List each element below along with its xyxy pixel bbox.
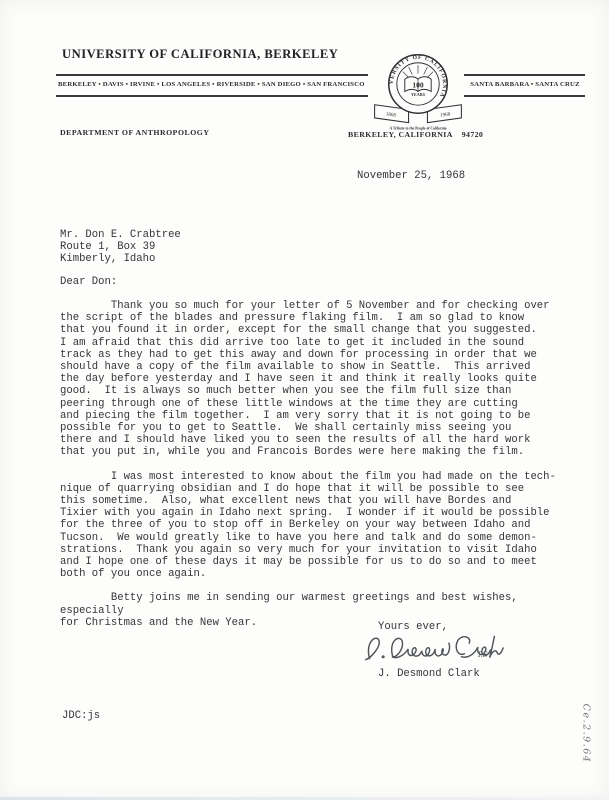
letter-page: UNIVERSITY OF CALIFORNIA, BERKELEY BERKE… [0, 0, 609, 800]
signature-annotation: T.S [477, 651, 488, 659]
department-name: DEPARTMENT OF ANTHROPOLOGY [60, 128, 209, 137]
body-paragraph-1: Thank you so much for your letter of 5 N… [60, 300, 565, 459]
signature-image [356, 628, 506, 668]
salutation: Dear Don: [60, 276, 117, 288]
signed-name: J. Desmond Clark [378, 668, 480, 680]
rule-left-bottom [56, 95, 368, 97]
letterhead-title: UNIVERSITY OF CALIFORNIA, BERKELEY [62, 47, 338, 62]
campus-address: BERKELEY, CALIFORNIA 94720 [348, 130, 483, 139]
rule-left-top [56, 74, 368, 76]
archival-note: Ce.2.9.64 [581, 679, 592, 789]
campus-list-right: SANTA BARBARA • SANTA CRUZ [466, 81, 584, 88]
campus-list-left: BERKELEY • DAVIS • IRVINE • LOS ANGELES … [58, 81, 365, 88]
seal-year-left: 1868 [385, 111, 396, 118]
centennial-seal-icon: UNIVERSITY OF CALIFORNIA 100 YEARS 1868 … [366, 50, 470, 133]
letter-body: Thank you so much for your letter of 5 N… [60, 300, 565, 641]
rule-right-bottom [464, 95, 585, 97]
body-paragraph-2: I was most interested to know about the … [60, 471, 565, 581]
typist-initials: JDC:js [62, 710, 100, 722]
rule-right-top [464, 74, 585, 76]
seal-center-number: 100 [412, 80, 424, 89]
seal-year-right: 1968 [440, 111, 451, 118]
recipient-address: Mr. Don E. Crabtree Route 1, Box 39 Kimb… [60, 229, 181, 266]
seal-center-word: YEARS [411, 92, 426, 97]
body-paragraph-3: Betty joins me in sending our warmest gr… [60, 592, 565, 629]
date-line: November 25, 1968 [357, 170, 465, 182]
